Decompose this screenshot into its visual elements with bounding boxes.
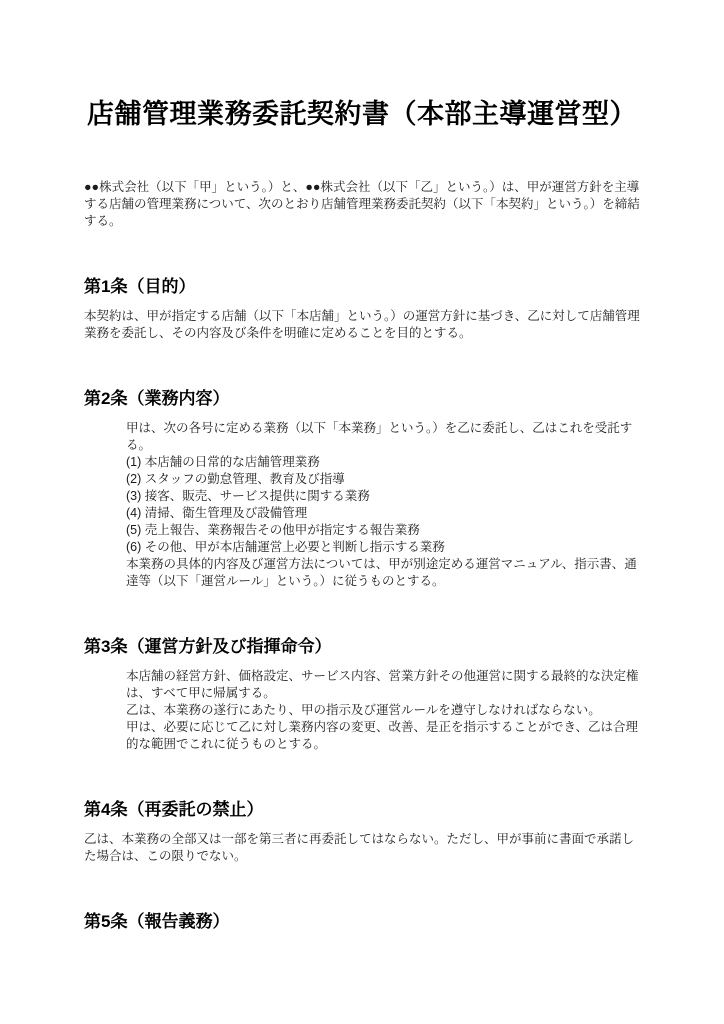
article-2-item-3: (3) 接客、販売、サービス提供に関する業務 <box>126 488 640 505</box>
article-5-heading: 第5条（報告義務） <box>84 911 640 933</box>
article-2-heading: 第2条（業務内容） <box>84 388 640 410</box>
article-2-tail: 本業務の具体的内容及び運営方法については、甲が別途定める運営マニュアル、指示書、… <box>126 556 640 590</box>
article-1-heading: 第1条（目的） <box>84 276 640 298</box>
article-2-item-5: (5) 売上報告、業務報告その他甲が指定する報告業務 <box>126 522 640 539</box>
article-3-paragraph-3: 甲は、必要に応じて乙に対し業務内容の変更、改善、是正を指示することができ、乙は合… <box>126 719 640 753</box>
article-2-item-2: (2) スタッフの勤怠管理、教育及び指導 <box>126 471 640 488</box>
article-3: 第3条（運営方針及び指揮命令） 本店舗の経営方針、価格設定、サービス内容、営業方… <box>84 636 640 753</box>
article-3-heading: 第3条（運営方針及び指揮命令） <box>84 636 640 658</box>
article-2-body: 甲は、次の各号に定める業務（以下「本業務」という。）を乙に委託し、乙はこれを受託… <box>84 420 640 590</box>
document-title: 店舗管理業務委託契約書（本部主導運営型） <box>84 96 640 133</box>
article-2-item-1: (1) 本店舗の日常的な店舗管理業務 <box>126 454 640 471</box>
preamble-paragraph: ●●株式会社（以下「甲」という。）と、●●株式会社（以下「乙」という。）は、甲が… <box>84 179 640 230</box>
article-3-paragraph-2: 乙は、本業務の遂行にあたり、甲の指示及び運営ルールを遵守しなければならない。 <box>126 702 640 719</box>
article-2-lead: 甲は、次の各号に定める業務（以下「本業務」という。）を乙に委託し、乙はこれを受託… <box>126 420 640 454</box>
article-2-item-4: (4) 清掃、衛生管理及び設備管理 <box>126 505 640 522</box>
article-4-body: 乙は、本業務の全部又は一部を第三者に再委託してはならない。ただし、甲が事前に書面… <box>84 831 640 865</box>
article-5: 第5条（報告義務） <box>84 911 640 933</box>
article-1: 第1条（目的） 本契約は、甲が指定する店舗（以下「本店舗」という。）の運営方針に… <box>84 276 640 342</box>
article-2: 第2条（業務内容） 甲は、次の各号に定める業務（以下「本業務」という。）を乙に委… <box>84 388 640 590</box>
article-1-body: 本契約は、甲が指定する店舗（以下「本店舗」という。）の運営方針に基づき、乙に対し… <box>84 308 640 342</box>
contract-document-page: 店舗管理業務委託契約書（本部主導運営型） ●●株式会社（以下「甲」という。）と、… <box>0 0 724 1024</box>
article-2-item-6: (6) その他、甲が本店舗運営上必要と判断し指示する業務 <box>126 539 640 556</box>
article-3-body: 本店舗の経営方針、価格設定、サービス内容、営業方針その他運営に関する最終的な決定… <box>84 668 640 753</box>
article-3-paragraph-1: 本店舗の経営方針、価格設定、サービス内容、営業方針その他運営に関する最終的な決定… <box>126 668 640 702</box>
article-4-heading: 第4条（再委託の禁止） <box>84 799 640 821</box>
article-4: 第4条（再委託の禁止） 乙は、本業務の全部又は一部を第三者に再委託してはならない… <box>84 799 640 865</box>
